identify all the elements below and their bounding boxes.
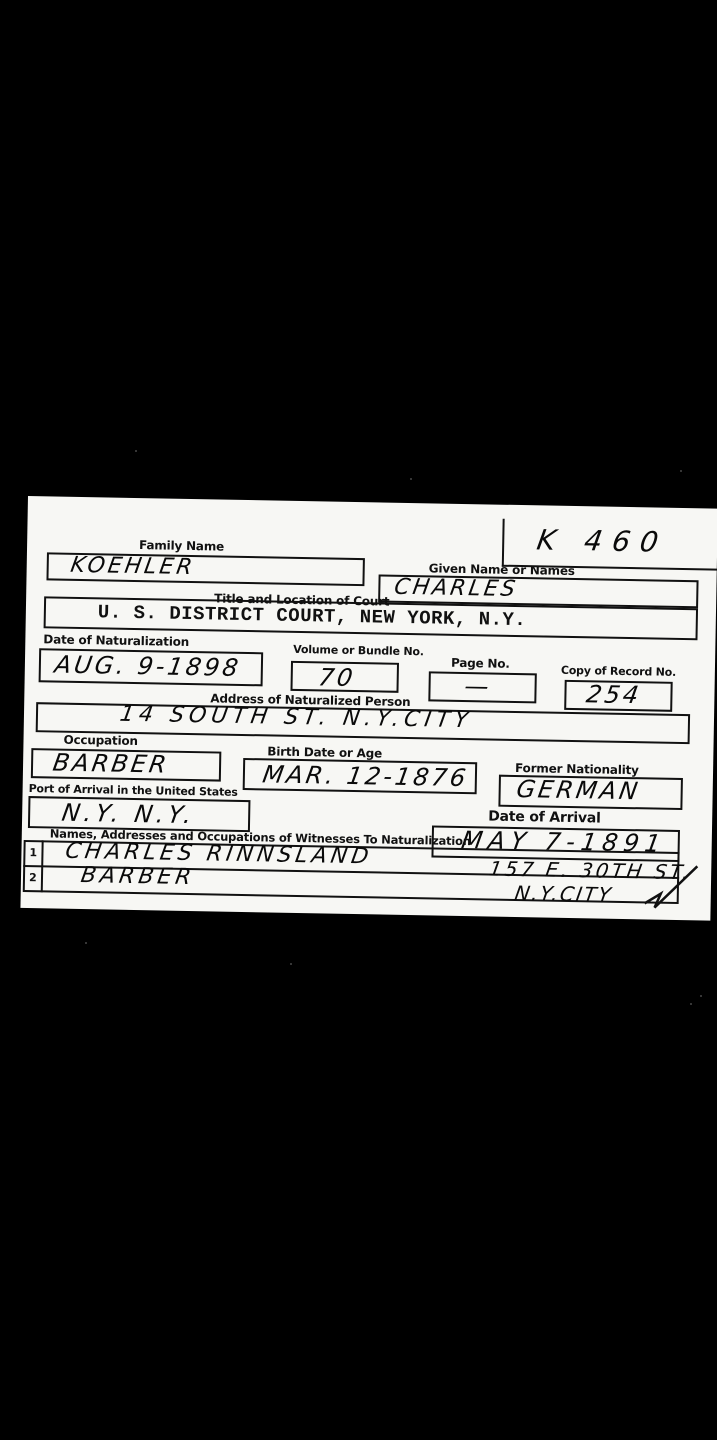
former-nationality-value: GERMAN [514, 775, 642, 805]
family-name-value: KOEHLER [69, 553, 197, 580]
page-value: — [462, 672, 493, 700]
witness-row-2-name: BARBER [79, 863, 197, 890]
card-number: K 460 [535, 523, 671, 558]
birth-date-value: MAR. 12-1876 [261, 760, 471, 792]
occupation-label: Occupation [63, 733, 138, 748]
dust-speck [680, 470, 682, 472]
volume-value: 70 [317, 663, 358, 692]
witness-row-1-number: 1 [29, 846, 37, 859]
volume-label: Volume or Bundle No. [293, 643, 424, 658]
family-name-label: Family Name [139, 538, 224, 554]
occupation-value: BARBER [51, 749, 171, 779]
port-of-arrival-value: N.Y. N.Y. [60, 799, 198, 829]
check-mark-icon [640, 863, 701, 914]
copy-of-record-value: 254 [584, 680, 643, 709]
dust-speck [135, 450, 137, 452]
witness-row-2-address: N.Y.CITY [513, 881, 614, 907]
given-name-value: CHARLES [392, 575, 519, 602]
dust-speck [290, 963, 292, 965]
date-of-naturalization-value: AUG. 9-1898 [53, 651, 243, 682]
date-of-arrival-label: Date of Arrival [488, 808, 601, 826]
witness-row-2-number: 2 [29, 871, 37, 884]
page-label: Page No. [451, 656, 510, 671]
dust-speck [690, 1003, 692, 1005]
dust-speck [410, 478, 412, 480]
naturalization-card: K 460 Family Name KOEHLER Given Name or … [20, 496, 717, 921]
dust-speck [85, 942, 87, 944]
date-of-naturalization-label: Date of Naturalization [43, 632, 189, 649]
dust-speck [700, 995, 702, 997]
copy-of-record-label: Copy of Record No. [561, 664, 676, 679]
